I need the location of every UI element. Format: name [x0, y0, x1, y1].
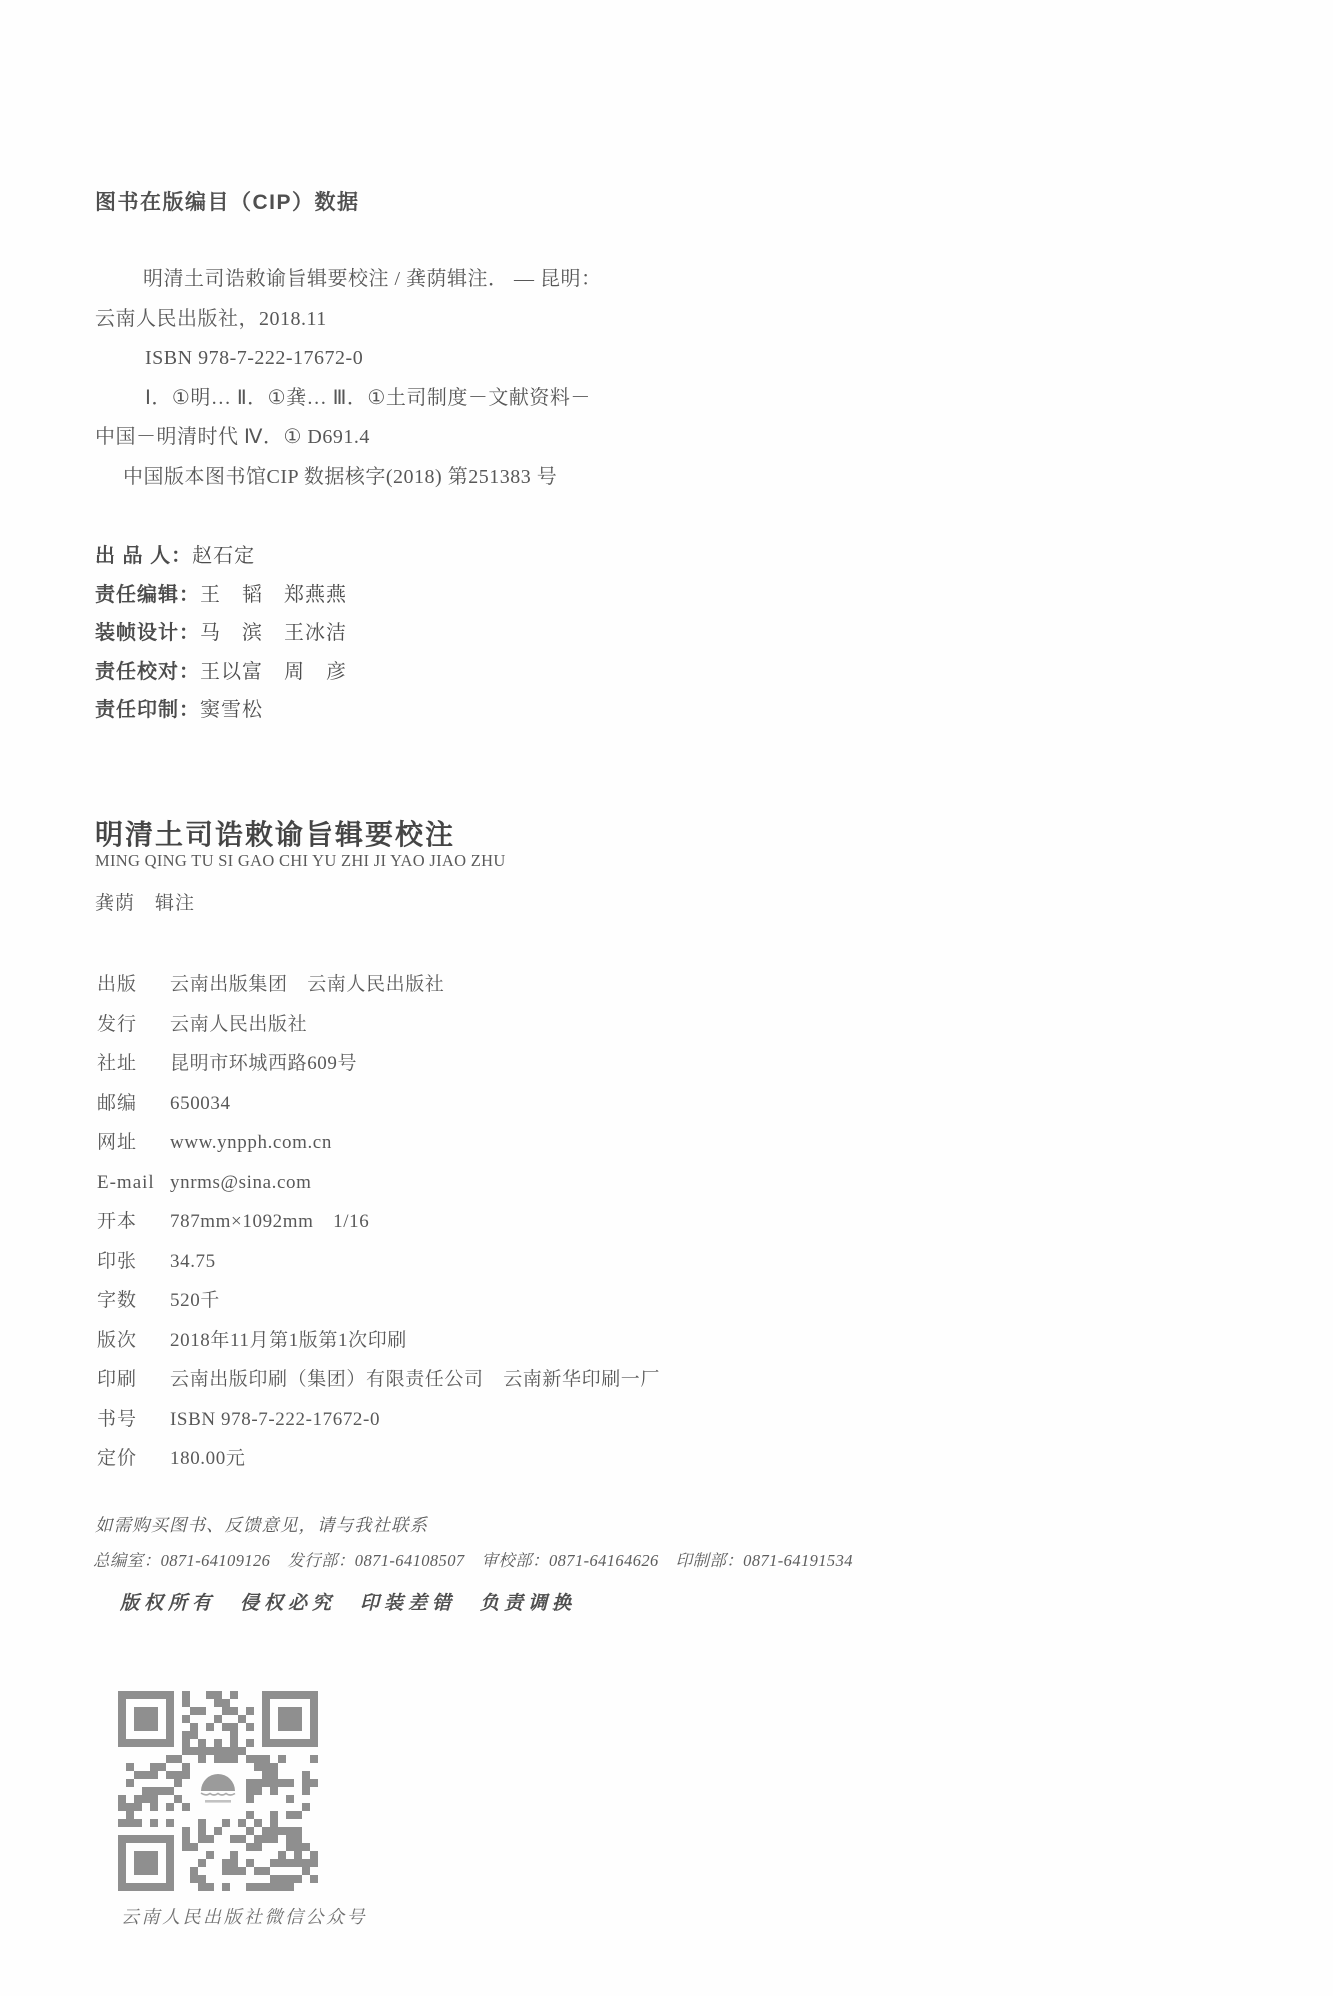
- copyright-notice: 版权所有 侵权必究 印装差错 负责调换: [120, 1588, 576, 1615]
- pub-label: 定价: [97, 1439, 170, 1479]
- pub-label: 书号: [97, 1400, 170, 1440]
- pub-label: 印张: [97, 1242, 170, 1282]
- pub-row-sheets: 印张34.75: [97, 1242, 660, 1282]
- pub-value: 2018年11月第1版第1次印刷: [170, 1330, 407, 1351]
- credit-value: 马 滨 王冰洁: [200, 622, 347, 644]
- pub-row-edition: 版次2018年11月第1版第1次印刷: [97, 1321, 660, 1361]
- cip-line-isbn: ISBN 978-7-222-17672-0: [95, 339, 735, 379]
- pub-value: 云南出版印刷（集团）有限责任公司 云南新华印刷一厂: [170, 1369, 660, 1390]
- pub-value: 34.75: [170, 1251, 216, 1272]
- pub-row-address: 社址昆明市环城西路609号: [97, 1044, 660, 1084]
- pub-label: 字数: [97, 1281, 170, 1321]
- cip-data-block: 明清土司诰敕谕旨辑要校注 / 龚荫辑注． — 昆明： 云南人民出版社，2018.…: [95, 260, 735, 497]
- pub-row-publisher: 出版云南出版集团 云南人民出版社: [97, 965, 660, 1005]
- cip-line: 中国－明清时代 Ⅳ．① D691.4: [95, 418, 735, 458]
- pub-label: 开本: [97, 1202, 170, 1242]
- credit-value: 窦雪松: [200, 699, 263, 721]
- pub-row-email: E-mailynrms@sina.com: [97, 1163, 660, 1203]
- pub-value: www.ynpph.com.cn: [170, 1132, 332, 1153]
- pub-label: 版次: [97, 1321, 170, 1361]
- cip-line: 云南人民出版社，2018.11: [95, 300, 735, 340]
- credit-row-print-supervisor: 责任印制：窦雪松: [95, 691, 347, 730]
- pub-row-isbn: 书号ISBN 978-7-222-17672-0: [97, 1400, 660, 1440]
- credit-value: 赵石定: [192, 545, 255, 567]
- pub-row-format: 开本787mm×1092mm 1/16: [97, 1202, 660, 1242]
- qr-caption: 云南人民出版社微信公众号: [121, 1903, 367, 1929]
- book-title-pinyin: MING QING TU SI GAO CHI YU ZHI JI YAO JI…: [95, 851, 506, 871]
- pub-value: 云南出版集团 云南人民出版社: [170, 974, 444, 995]
- credit-row-producer: 出 品 人：赵石定: [95, 537, 347, 576]
- pub-row-wordcount: 字数520千: [97, 1281, 660, 1321]
- pub-row-website: 网址www.ynpph.com.cn: [97, 1123, 660, 1163]
- credit-row-proofreader: 责任校对：王以富 周 彦: [95, 653, 347, 692]
- pub-label: 社址: [97, 1044, 170, 1084]
- pub-label: E-mail: [97, 1163, 170, 1203]
- pub-label: 出版: [97, 965, 170, 1005]
- pub-value: ynrms@sina.com: [170, 1172, 311, 1193]
- credit-label: 责任编辑：: [95, 584, 200, 606]
- book-copyright-page: 图书在版编目（CIP）数据 明清土司诰敕谕旨辑要校注 / 龚荫辑注． — 昆明：…: [0, 0, 1333, 1996]
- pub-row-postcode: 邮编650034: [97, 1084, 660, 1124]
- pub-label: 印刷: [97, 1360, 170, 1400]
- credit-label: 责任印制：: [95, 699, 200, 721]
- cip-line: 明清土司诰敕谕旨辑要校注 / 龚荫辑注． — 昆明：: [95, 260, 735, 300]
- staff-credits: 出 品 人：赵石定 责任编辑：王 韬 郑燕燕 装帧设计：马 滨 王冰洁 责任校对…: [95, 537, 347, 730]
- pub-label: 发行: [97, 1005, 170, 1045]
- purchase-contact-note: 如需购买图书、反馈意见，请与我社联系: [95, 1512, 428, 1537]
- credit-value: 王 韬 郑燕燕: [200, 584, 347, 606]
- department-phone-list: 总编室：0871-64109126 发行部：0871-64108507 审校部：…: [93, 1547, 853, 1571]
- pub-label: 邮编: [97, 1084, 170, 1124]
- publisher-logo-icon: [190, 1765, 246, 1817]
- pub-row-printer: 印刷云南出版印刷（集团）有限责任公司 云南新华印刷一厂: [97, 1360, 660, 1400]
- credit-row-designer: 装帧设计：马 滨 王冰洁: [95, 614, 347, 653]
- credit-row-editor: 责任编辑：王 韬 郑燕燕: [95, 576, 347, 615]
- cip-header: 图书在版编目（CIP）数据: [95, 186, 360, 216]
- pub-value: 云南人民出版社: [170, 1014, 307, 1035]
- pub-row-distributor: 发行云南人民出版社: [97, 1005, 660, 1045]
- pub-value: 180.00元: [170, 1448, 245, 1469]
- pub-row-price: 定价180.00元: [97, 1439, 660, 1479]
- pub-label: 网址: [97, 1123, 170, 1163]
- wechat-qr-code: [118, 1691, 318, 1891]
- book-author: 龚荫 辑注: [95, 888, 195, 915]
- credit-label: 责任校对：: [95, 661, 200, 683]
- pub-value: 650034: [170, 1093, 231, 1114]
- publication-details: 出版云南出版集团 云南人民出版社 发行云南人民出版社 社址昆明市环城西路609号…: [97, 965, 660, 1479]
- cip-line-classification: Ⅰ．①明… Ⅱ．①龚… Ⅲ．①土司制度－文献资料－: [95, 379, 735, 419]
- pub-value: 787mm×1092mm 1/16: [170, 1211, 369, 1232]
- credit-value: 王以富 周 彦: [200, 661, 347, 683]
- credit-label: 装帧设计：: [95, 622, 200, 644]
- cip-line-record-number: 中国版本图书馆CIP 数据核字(2018) 第251383 号: [95, 458, 735, 498]
- publisher-dome-logo: [198, 1773, 238, 1809]
- pub-value: 昆明市环城西路609号: [170, 1053, 357, 1074]
- credit-label: 出 品 人：: [95, 545, 192, 567]
- pub-value: ISBN 978-7-222-17672-0: [170, 1409, 380, 1430]
- pub-value: 520千: [170, 1290, 220, 1311]
- book-title: 明清土司诰敕谕旨辑要校注: [95, 813, 455, 853]
